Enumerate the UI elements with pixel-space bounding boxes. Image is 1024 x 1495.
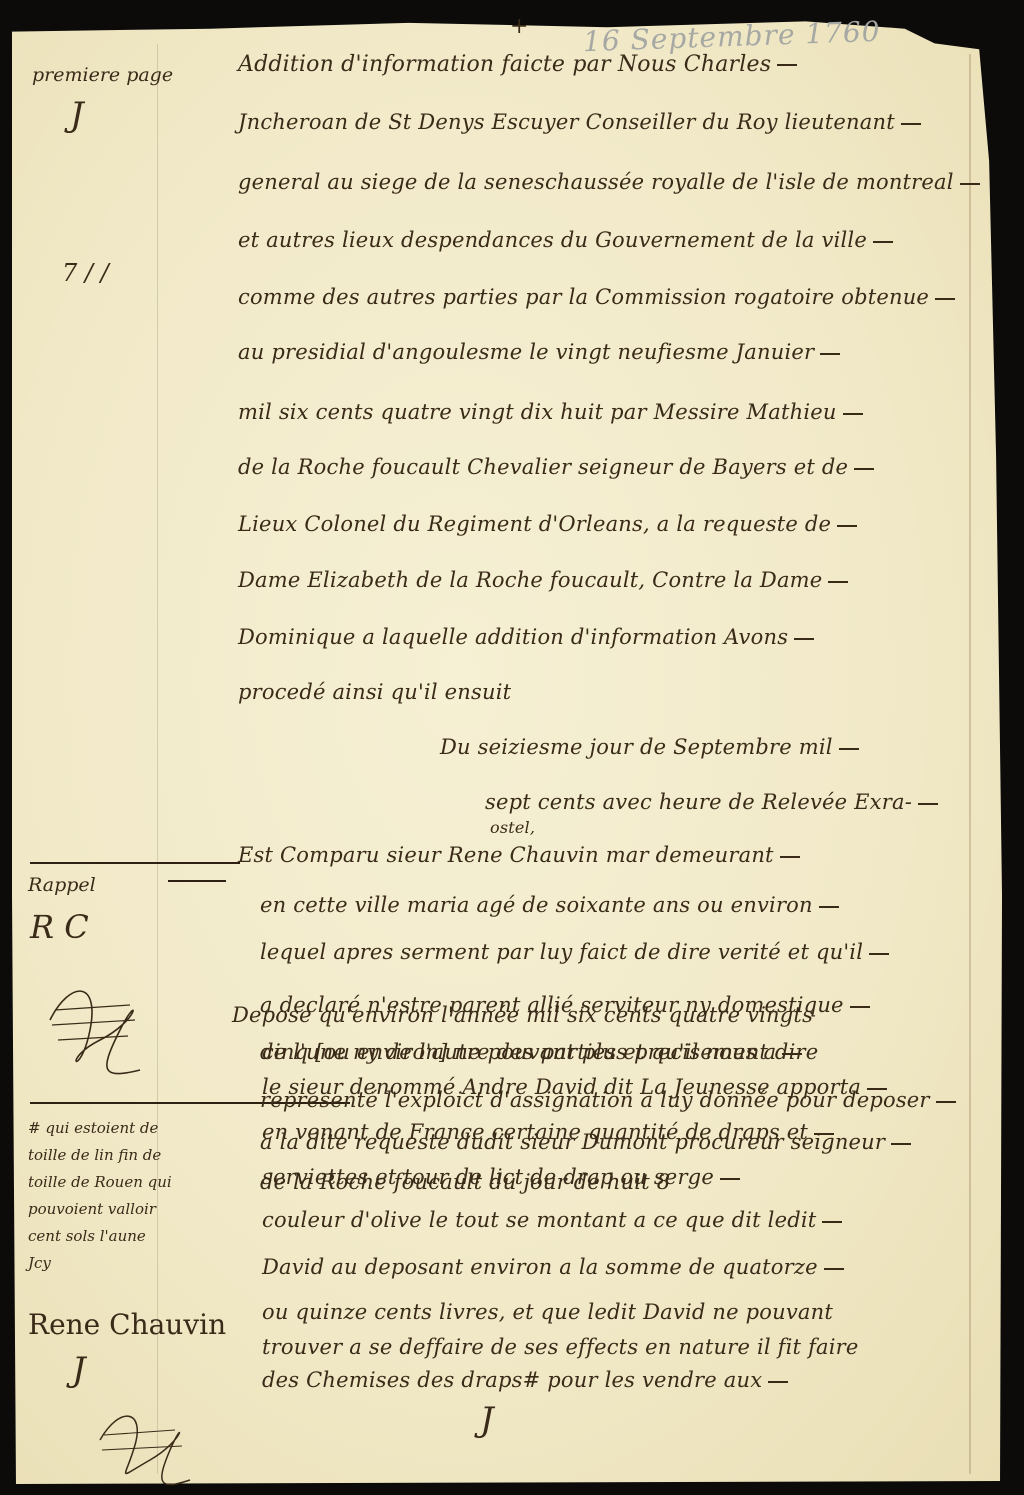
deposition-2-line: des Chemises des draps# pour les vendre … [262, 1368, 788, 1392]
body-line: procedé ainsi qu'il ensuit [238, 680, 511, 704]
witness-paraph-mark [40, 970, 160, 1090]
margin-header-paraph: J [70, 100, 84, 130]
fold-line [969, 54, 971, 1474]
margin-rule [30, 862, 240, 864]
deposition-2-line: cinq [ou environ] ne pouvant plus precis… [262, 1040, 818, 1064]
margin-header-premiere-page: premiere page [32, 60, 173, 90]
margin-rappel-initials: R C [30, 912, 89, 942]
body-line: et autres lieux despendances du Gouverne… [238, 228, 893, 252]
deposition-1-line: Est Comparu sieur Rene Chauvin mar demeu… [238, 843, 800, 867]
deposition-2-line: trouver a se deffaire de ses effects en … [262, 1335, 859, 1359]
body-line: au presidial d'angoulesme le vingt neufi… [238, 340, 840, 364]
body-line: mil six cents quatre vingt dix huit par … [238, 400, 863, 424]
deposition-2-line: serviettes et tour de lict de drap ou se… [262, 1165, 740, 1189]
dated-heading-line: ostel, [490, 818, 535, 837]
body-line: comme des autres parties par la Commissi… [238, 285, 955, 309]
magistrate-paraph-mark [90, 1400, 200, 1490]
dated-heading-line: Du seiziesme jour de Septembre mil [440, 735, 859, 759]
deposition-1-line: en cette ville maria agé de soixante ans… [260, 893, 839, 917]
deposition-2-line: en venant de France certaine quantité de… [262, 1120, 834, 1144]
dated-heading-line: sept cents avec heure de Relevée Exra- [485, 790, 938, 814]
body-line: de la Roche foucault Chevalier seigneur … [238, 455, 874, 479]
margin-rappel: Rappel [28, 870, 96, 900]
witness-signature: Rene Chauvin [28, 1310, 226, 1340]
body-line: Jncheroan de St Denys Escuyer Conseiller… [238, 110, 921, 134]
deposition-2-line: le sieur denommé Andre David dit La Jeun… [262, 1075, 887, 1099]
folio-number: 7 / / [62, 258, 109, 288]
body-line: Dominique a laquelle addition d'informat… [238, 625, 814, 649]
body-line: Lieux Colonel du Regiment d'Orleans, a l… [238, 512, 857, 536]
body-line: general au siege de la seneschaussée roy… [238, 170, 980, 194]
closing-paraph: J [480, 1400, 494, 1440]
body-line: Addition d'information faicte par Nous C… [238, 52, 797, 77]
margin-insertion-note: # qui estoient de toille de lin fin de t… [28, 1115, 238, 1277]
deposition-2-line: ou quinze cents livres, et que ledit Dav… [262, 1300, 833, 1324]
deposition-2-line: Depose qu'environ l'année mil six cents … [232, 1003, 813, 1027]
body-line: Dame Elizabeth de la Roche foucault, Con… [238, 568, 848, 592]
deposition-2-line: couleur d'olive le tout se montant a ce … [262, 1208, 842, 1232]
margin-rule-short [168, 880, 226, 882]
signature-paraph: J [72, 1355, 86, 1385]
deposition-2-line: David au deposant environ a la somme de … [262, 1255, 844, 1279]
cross-mark: + [510, 14, 528, 39]
deposition-1-line: lequel apres serment par luy faict de di… [260, 940, 889, 964]
